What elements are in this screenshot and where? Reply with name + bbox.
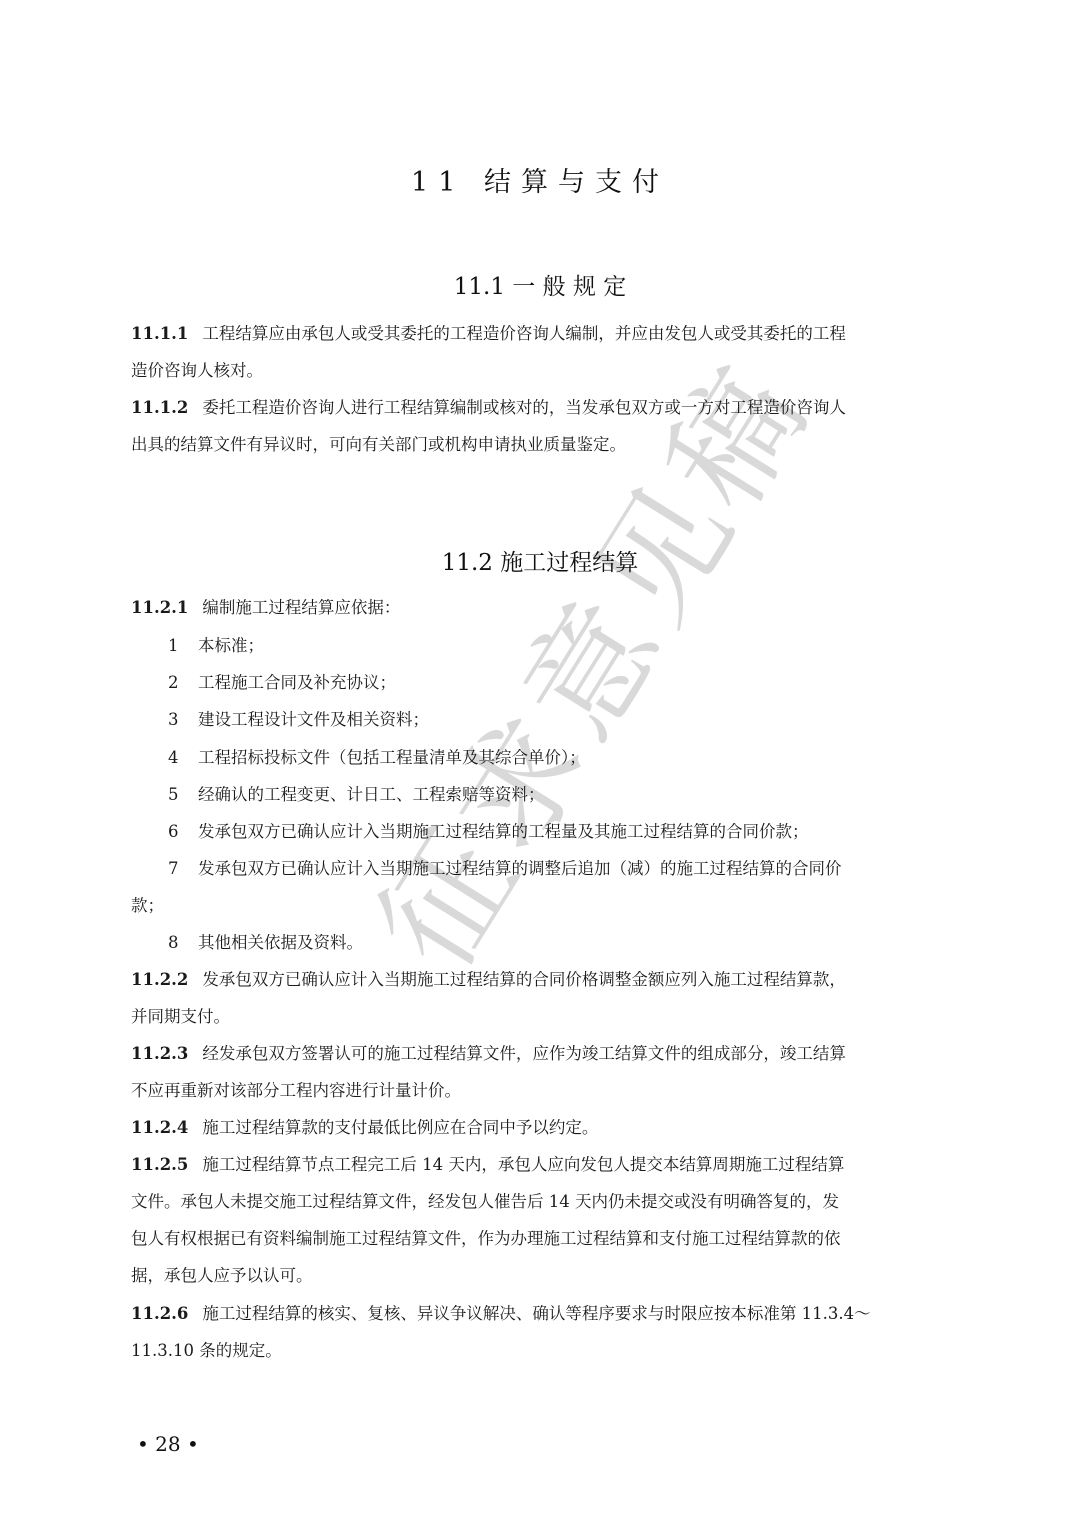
clause-11-2-5-cont: 文件。承包人未提交施工过程结算文件，经发包人催告后 14 天内仍未提交或没有明确… [131,1192,951,1212]
list-item-text: 发承包双方已确认应计入当期施工过程结算的工程量及其施工过程结算的合同价款； [198,822,809,841]
list-item-text: 其他相关依据及资料。 [198,933,363,952]
list-item: 5经确认的工程变更、计日工、工程索赔等资料； [168,785,988,805]
section-title-11-2: 11.2 施工过程结算 [0,544,1080,577]
clause-text: 编制施工过程结算应依据： [202,598,400,617]
list-item: 8其他相关依据及资料。 [168,933,988,953]
page-number: • 28 • [137,1432,199,1456]
list-item-number: 7 [168,859,198,879]
chapter-title: 11 结算与支付 [0,160,1080,199]
clause-11-2-6: 11.2.6施工过程结算的核实、复核、异议争议解决、确认等程序要求与时限应按本标… [131,1304,951,1324]
list-item-text: 发承包双方已确认应计入当期施工过程结算的调整后追加（减）的施工过程结算的合同价 [198,859,842,878]
list-item-text: 本标准； [198,636,264,655]
list-item-number: 1 [168,636,198,656]
clause-text: 施工过程结算款的支付最低比例应在合同中予以约定。 [202,1118,598,1137]
clause-number: 11.2.2 [131,970,188,990]
clause-11-2-6-cont: 11.3.10 条的规定。 [131,1341,951,1361]
clause-number: 11.2.4 [131,1118,188,1138]
clause-11-1-2-cont: 出具的结算文件有异议时，可向有关部门或机构申请执业质量鉴定。 [131,435,951,455]
clause-number: 11.2.5 [131,1155,188,1175]
list-item: 2工程施工合同及补充协议； [168,673,988,693]
list-item-number: 2 [168,673,198,693]
list-item-cont: 款； [131,896,951,916]
document-page: 征求意见稿 11 结算与支付 11.1 一 般 规 定 11.1.1工程结算应由… [0,0,1080,1526]
list-item: 1本标准； [168,636,988,656]
list-item: 7发承包双方已确认应计入当期施工过程结算的调整后追加（减）的施工过程结算的合同价 [168,859,988,879]
clause-text: 委托工程造价咨询人进行工程结算编制或核对的，当发承包双方或一方对工程造价咨询人 [202,398,846,417]
list-item: 4工程招标投标文件（包括工程量清单及其综合单价）； [168,748,988,768]
list-item-text: 建设工程设计文件及相关资料； [198,710,429,729]
clause-text: 发承包双方已确认应计入当期施工过程结算的合同价格调整金额应列入施工过程结算款， [202,970,846,989]
clause-number: 11.2.3 [131,1044,188,1064]
list-item-number: 6 [168,822,198,842]
list-item-number: 4 [168,748,198,768]
list-item-text: 经确认的工程变更、计日工、工程索赔等资料； [198,785,545,804]
clause-number: 11.1.2 [131,398,188,418]
list-item-number: 3 [168,710,198,730]
list-item: 3建设工程设计文件及相关资料； [168,710,988,730]
clause-11-2-5-cont: 包人有权根据已有资料编制施工过程结算文件，作为办理施工过程结算和支付施工过程结算… [131,1229,951,1249]
clause-text: 施工过程结算节点工程完工后 14 天内，承包人应向发包人提交本结算周期施工过程结… [202,1155,844,1174]
clause-11-2-5: 11.2.5施工过程结算节点工程完工后 14 天内，承包人应向发包人提交本结算周… [131,1155,951,1175]
clause-11-1-1: 11.1.1工程结算应由承包人或受其委托的工程造价咨询人编制，并应由发包人或受其… [131,324,951,344]
clause-11-2-2-cont: 并同期支付。 [131,1007,951,1027]
list-item-number: 5 [168,785,198,805]
clause-11-1-1-cont: 造价咨询人核对。 [131,361,951,381]
list-item-text: 工程施工合同及补充协议； [198,673,396,692]
clause-11-2-2: 11.2.2发承包双方已确认应计入当期施工过程结算的合同价格调整金额应列入施工过… [131,970,951,990]
section-title-11-1: 11.1 一 般 规 定 [0,268,1080,301]
clause-11-1-2: 11.1.2委托工程造价咨询人进行工程结算编制或核对的，当发承包双方或一方对工程… [131,398,951,418]
list-item: 6发承包双方已确认应计入当期施工过程结算的工程量及其施工过程结算的合同价款； [168,822,988,842]
clause-11-2-3-cont: 不应再重新对该部分工程内容进行计量计价。 [131,1081,951,1101]
clause-text: 施工过程结算的核实、复核、异议争议解决、确认等程序要求与时限应按本标准第 11.… [202,1304,870,1323]
list-item-text: 工程招标投标文件（包括工程量清单及其综合单价）； [198,748,586,767]
clause-11-2-3: 11.2.3经发承包双方签署认可的施工过程结算文件，应作为竣工结算文件的组成部分… [131,1044,951,1064]
clause-number: 11.2.6 [131,1304,188,1324]
clause-text: 工程结算应由承包人或受其委托的工程造价咨询人编制，并应由发包人或受其委托的工程 [202,324,846,343]
list-item-number: 8 [168,933,198,953]
clause-11-2-5-cont: 据，承包人应予以认可。 [131,1266,951,1286]
clause-number: 11.2.1 [131,598,188,618]
clause-11-2-1: 11.2.1编制施工过程结算应依据： [131,598,951,618]
clause-text: 经发承包双方签署认可的施工过程结算文件，应作为竣工结算文件的组成部分，竣工结算 [202,1044,846,1063]
clause-11-2-4: 11.2.4施工过程结算款的支付最低比例应在合同中予以约定。 [131,1118,951,1138]
clause-number: 11.1.1 [131,324,188,344]
